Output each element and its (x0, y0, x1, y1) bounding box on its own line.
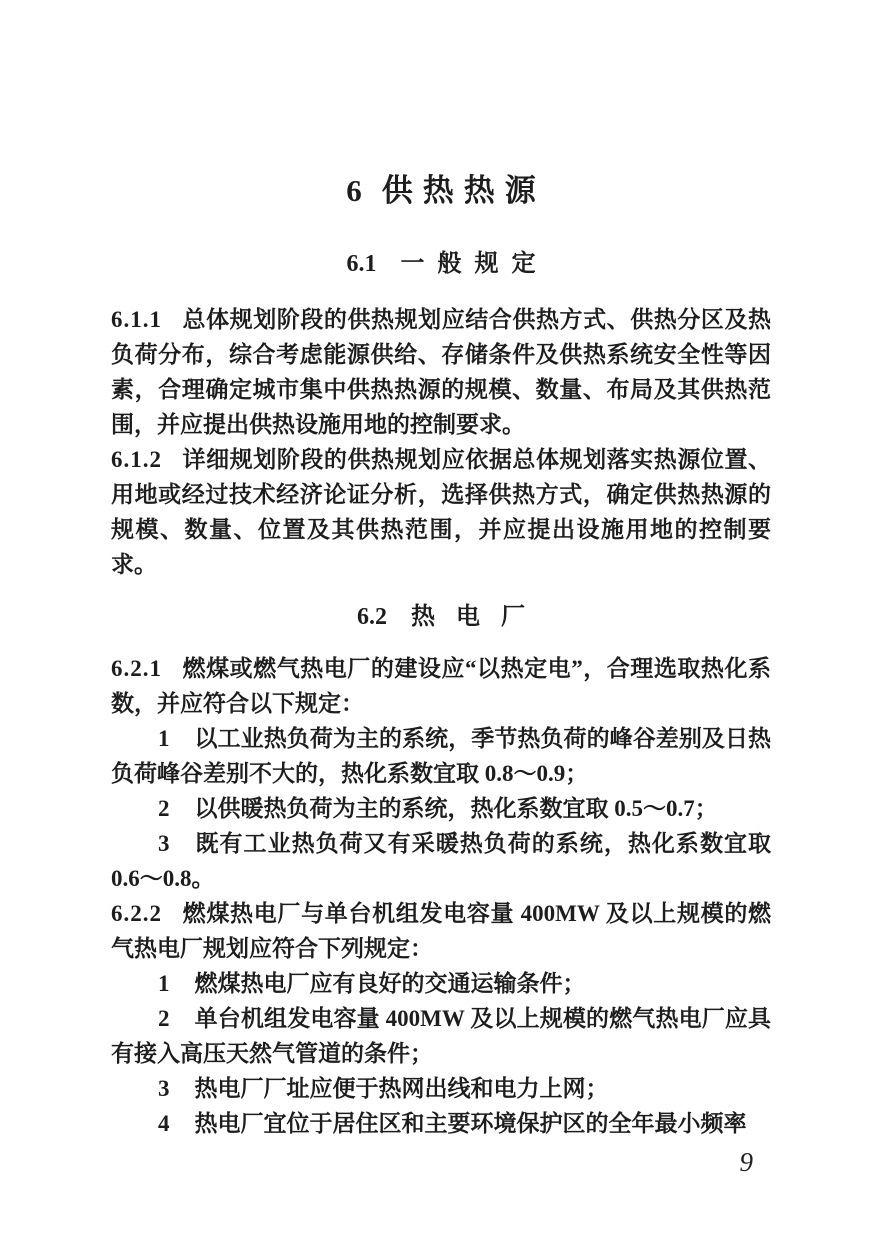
section-heading-6-2: 6.2热电厂 (111, 603, 771, 631)
clause-number: 6.2.1 (111, 656, 162, 681)
clause-6-2-2-item-3: 3热电厂厂址应便于热网出线和电力上网； (111, 1071, 771, 1106)
clause-6-1-2: 6.1.2详细规划阶段的供热规划应依据总体规划落实热源位置、用地或经过技术经济论… (111, 442, 771, 582)
section-heading-6-1: 6.1一般规定 (111, 250, 771, 278)
clause-number: 6.1.2 (111, 447, 162, 472)
item-text: 以供暖热负荷为主的系统，热化系数宜取 0.5～0.7； (195, 796, 718, 821)
item-number: 1 (158, 726, 170, 751)
item-number: 3 (158, 1076, 170, 1101)
item-number: 2 (158, 1006, 170, 1031)
clause-text: 总体规划阶段的供热规划应结合供热方式、供热分区及热负荷分布，综合考虑能源供给、存… (111, 307, 771, 437)
item-text: 既有工业热负荷又有采暖热负荷的系统，热化系数宜取 0.6～0.8。 (111, 831, 771, 891)
section-title-text: 一般规定 (401, 251, 549, 277)
clause-6-2-1-item-1: 1以工业热负荷为主的系统，季节热负荷的峰谷差别及日热负荷峰谷差别不大的，热化系数… (111, 721, 771, 791)
item-number: 2 (158, 796, 170, 821)
item-text: 热电厂宜位于居住区和主要环境保护区的全年最小频率 (195, 1111, 747, 1136)
clause-6-2-1: 6.2.1燃煤或燃气热电厂的建设应“以热定电”，合理选取热化系数，并应符合以下规… (111, 651, 771, 721)
item-text: 单台机组发电容量 400MW 及以上规模的燃气热电厂应具有接入高压天然气管道的条… (111, 1006, 771, 1066)
clause-6-1-1: 6.1.1总体规划阶段的供热规划应结合供热方式、供热分区及热负荷分布，综合考虑能… (111, 302, 771, 442)
item-text: 燃煤热电厂应有良好的交通运输条件； (195, 971, 586, 996)
clause-6-2-1-item-3: 3既有工业热负荷又有采暖热负荷的系统，热化系数宜取 0.6～0.8。 (111, 826, 771, 896)
clause-6-2-2-item-2: 2单台机组发电容量 400MW 及以上规模的燃气热电厂应具有接入高压天然气管道的… (111, 1001, 771, 1071)
section-title-text: 热电厂 (411, 604, 546, 630)
item-text: 热电厂厂址应便于热网出线和电力上网； (195, 1076, 609, 1101)
clause-6-2-2: 6.2.2燃煤热电厂与单台机组发电容量 400MW 及以上规模的燃气热电厂规划应… (111, 896, 771, 966)
section-number: 6.1 (347, 251, 377, 277)
chapter-number: 6 (346, 173, 362, 208)
scanned-document-page: 6供热热源 6.1一般规定 6.1.1总体规划阶段的供热规划应结合供热方式、供热… (0, 0, 881, 1260)
item-number: 4 (158, 1111, 170, 1136)
clause-text: 燃煤或燃气热电厂的建设应“以热定电”，合理选取热化系数，并应符合以下规定： (111, 656, 771, 716)
page-content: 6供热热源 6.1一般规定 6.1.1总体规划阶段的供热规划应结合供热方式、供热… (111, 0, 771, 1141)
page-number: 9 (740, 1147, 754, 1178)
chapter-heading: 6供热热源 (111, 168, 771, 214)
clause-6-2-2-item-4: 4热电厂宜位于居住区和主要环境保护区的全年最小频率 (111, 1106, 771, 1141)
item-number: 1 (158, 971, 170, 996)
clause-text: 燃煤热电厂与单台机组发电容量 400MW 及以上规模的燃气热电厂规划应符合下列规… (111, 901, 771, 961)
item-number: 3 (158, 831, 170, 856)
clause-number: 6.2.2 (111, 901, 162, 926)
clause-6-2-2-item-1: 1燃煤热电厂应有良好的交通运输条件； (111, 966, 771, 1001)
clause-number: 6.1.1 (111, 307, 162, 332)
clause-6-2-1-item-2: 2以供暖热负荷为主的系统，热化系数宜取 0.5～0.7； (111, 791, 771, 826)
item-text: 以工业热负荷为主的系统，季节热负荷的峰谷差别及日热负荷峰谷差别不大的，热化系数宜… (111, 726, 771, 786)
clause-text: 详细规划阶段的供热规划应依据总体规划落实热源位置、用地或经过技术经济论证分析，选… (111, 447, 771, 577)
section-number: 6.2 (357, 604, 387, 630)
chapter-title-text: 供热热源 (382, 173, 546, 208)
